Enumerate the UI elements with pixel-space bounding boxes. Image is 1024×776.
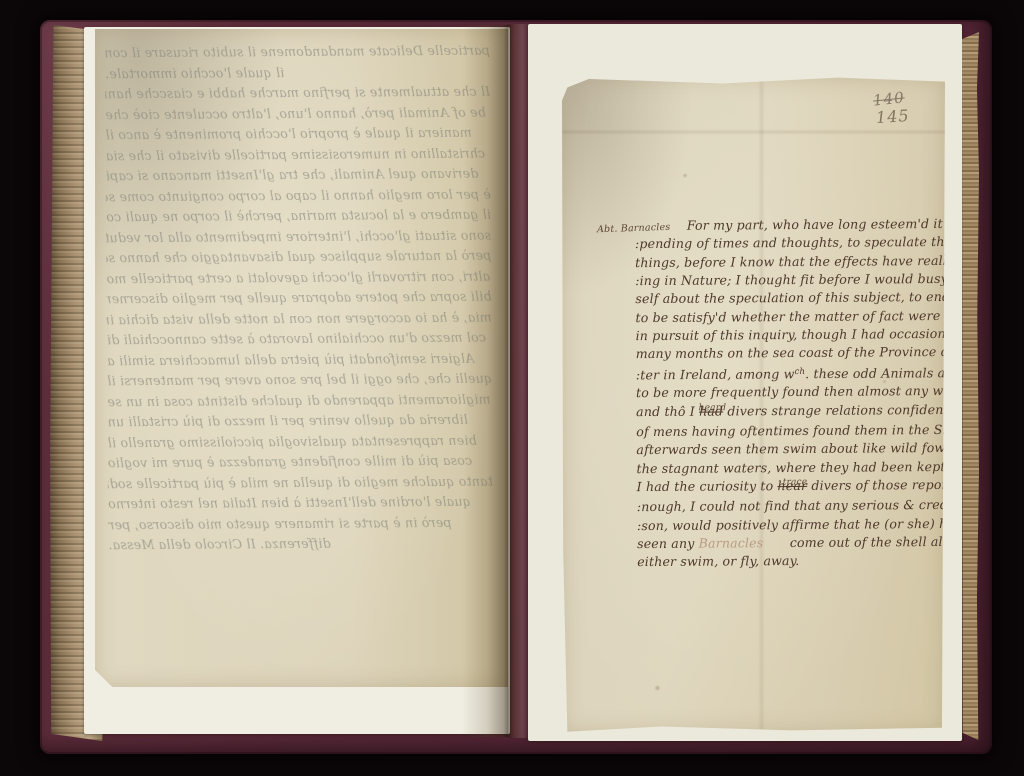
manuscript-line: il quale l'occhio immortale.: [105, 61, 490, 84]
folio-number: 145: [875, 106, 910, 127]
manuscript-line: For my part, who have long esteem'd it t…: [635, 215, 953, 236]
manuscript-line: però in è parte si rimanere questo mio d…: [108, 512, 493, 535]
manuscript-line: quale l'ordine dell'Insetti à bien Itali…: [108, 492, 493, 515]
manuscript-line: the stagnant waters, where they had been…: [636, 458, 954, 479]
manuscript-line: be of Animali però, hanno l'uno, l'altro…: [105, 102, 490, 125]
manuscript-line: christallino in numerosissime particelle…: [106, 143, 491, 166]
manuscript-line: :ter in Ireland, among wch. these odd An…: [636, 362, 954, 385]
manuscript-line: maniera il quale è proprio l'occhio prom…: [105, 123, 490, 146]
manuscript-line: derivano quel Animali, che tra gl'Insett…: [106, 164, 491, 187]
manuscript-line: :son, would positively affirme that he (…: [637, 515, 955, 536]
gutter-fold: [508, 24, 530, 738]
manuscript-line: tanto qualche meglio di quella ne mila è…: [108, 471, 493, 494]
manuscript-line: self about the speculation of this subje…: [635, 288, 953, 309]
manuscript-line: afterwards seen them swim about like wil…: [636, 439, 954, 460]
gutter-shadow: [462, 25, 508, 737]
manuscript-line: to be more frequently found then almost …: [636, 382, 954, 403]
left-manuscript-page: particelle Delicate mandandomene il subi…: [95, 29, 508, 687]
manuscript-line: il gambero e la locusta marina, perchè i…: [106, 205, 491, 228]
right-manuscript-leaf: 140 145 Abt. Barnacles For my part, who …: [562, 77, 945, 733]
manuscript-line: mia, è ha io accorgere non con la notte …: [107, 307, 492, 330]
manuscript-line: Algieri semifondati più pietra della lum…: [107, 348, 492, 371]
manuscript-line: bien rappresentata qualsivoglia piccioli…: [108, 430, 493, 453]
manuscript-line: of mens having oftentimes found them in …: [636, 421, 954, 442]
manuscript-line: sono situati gl'occhi, l'interiore imped…: [106, 225, 491, 248]
manuscript-line: particelle Delicate mandandomene il subi…: [105, 41, 490, 64]
manuscript-line: però la naturale supplisce qual disavant…: [106, 246, 491, 269]
foxing-spot: [682, 173, 688, 178]
manuscript-line: and thô I hadheard divers strange relati…: [636, 401, 954, 424]
manuscript-line: :nough, I could not find that any seriou…: [637, 496, 955, 517]
manuscript-line: miglioramenti apparendo di qualche disti…: [107, 389, 492, 412]
manuscript-line: seen any Barnaclescome out of the shell …: [637, 533, 955, 554]
manuscript-text: For my part, who have long esteem'd it t…: [635, 215, 955, 572]
manuscript-line: either swim, or fly, away.: [637, 551, 955, 572]
manuscript-line: :pending of times and thoughts, to specu…: [635, 233, 953, 254]
manuscript-line: things, before I know that the effects h…: [635, 252, 953, 273]
manuscript-line: Il che attualmente si perfino marche hab…: [105, 82, 490, 105]
manuscript-line: bili sopra che potere adoprare quelle pe…: [107, 287, 492, 310]
manuscript-line: altri, con ritrovarli gl'occhi agevolati…: [106, 266, 491, 289]
manuscript-line: many months on the sea coast of the Prov…: [636, 343, 954, 364]
manuscript-line: quelli che, che oggi il bel pre sono ave…: [107, 369, 492, 392]
gilded-fore-edge: [962, 32, 979, 740]
manuscript-line: col mezzo d'un occhialino lavorato à set…: [107, 328, 492, 351]
manuscript-line: :ing in Nature; I thought fit before I w…: [635, 270, 953, 291]
manuscript-line: cosa più di mille confidente grandezza è…: [108, 451, 493, 474]
manuscript-line: I had the curiosity to heartrace divers …: [637, 476, 955, 499]
manuscript-line: libreria da quello venire per il mezzo d…: [107, 410, 492, 433]
foxing-spot: [654, 685, 661, 691]
horizontal-crease: [562, 129, 945, 135]
manuscript-line: è per loro meglio hanno il capo al corpo…: [106, 184, 491, 207]
manuscript-line: to be satisfy'd whether the matter of fa…: [635, 307, 953, 328]
photo-backdrop: particelle Delicate mandandomene il subi…: [0, 0, 1024, 776]
manuscript-line: in pursuit of this inquiry, though I had…: [636, 325, 954, 346]
bleedthrough-text: particelle Delicate mandandomene il subi…: [105, 41, 494, 679]
manuscript-line: differenza. Il Circolo della Messa.: [108, 533, 493, 556]
